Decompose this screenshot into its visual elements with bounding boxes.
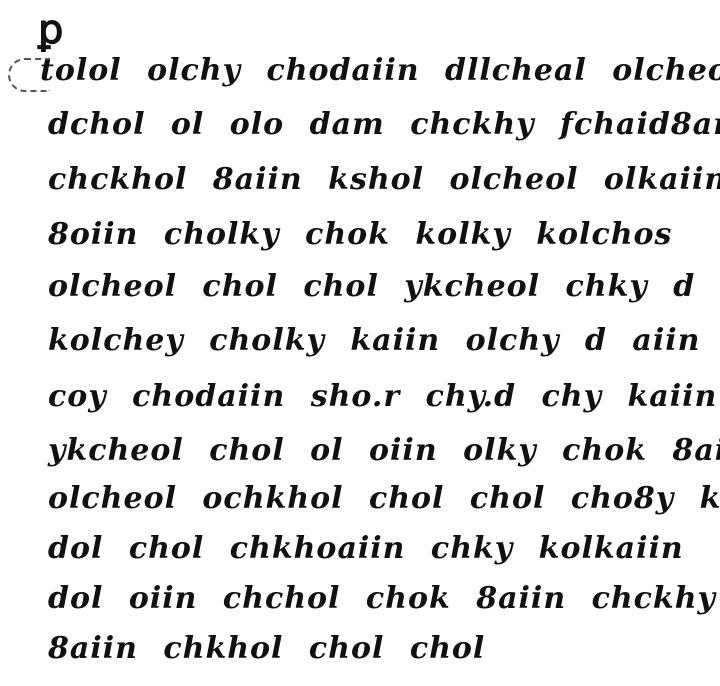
manuscript-line-11: dol oiin chchol chok 8aiin chckhy	[48, 584, 716, 614]
manuscript-line-1: tolol olchy chodaiin dllcheal olcheol8y	[40, 56, 720, 86]
manuscript-line-3: chckhol 8aiin kshol olcheol olkaiin	[48, 165, 720, 195]
manuscript-line-6: kolchey cholky kaiin olchy d aiin	[48, 326, 700, 356]
initial-gallows-glyph: ꝑ	[38, 6, 63, 53]
manuscript-line-4: 8oiin cholky chok kolky kolchos	[48, 220, 672, 250]
manuscript-line-7: coy chodaiin sho.r chy.d chy kaiin og d	[48, 382, 720, 412]
manuscript-line-10: dol chol chkhoaiin chky kolkaiin	[48, 534, 684, 564]
manuscript-line-5: olcheol chol chol ykcheol chky d	[48, 272, 695, 302]
manuscript-line-9: olcheol ochkhol chol chol cho8y kaid	[48, 484, 720, 514]
manuscript-line-8: ykcheol chol ol oiin olky chok 8aiin	[48, 436, 720, 466]
manuscript-line-2: dchol ol olo dam chckhy fchaid8ar	[48, 110, 720, 140]
manuscript-page: ꝑ tolol olchy chodaiin dllcheal olcheol8…	[0, 0, 720, 686]
manuscript-line-12: 8aiin chkhol chol chol	[48, 634, 485, 664]
